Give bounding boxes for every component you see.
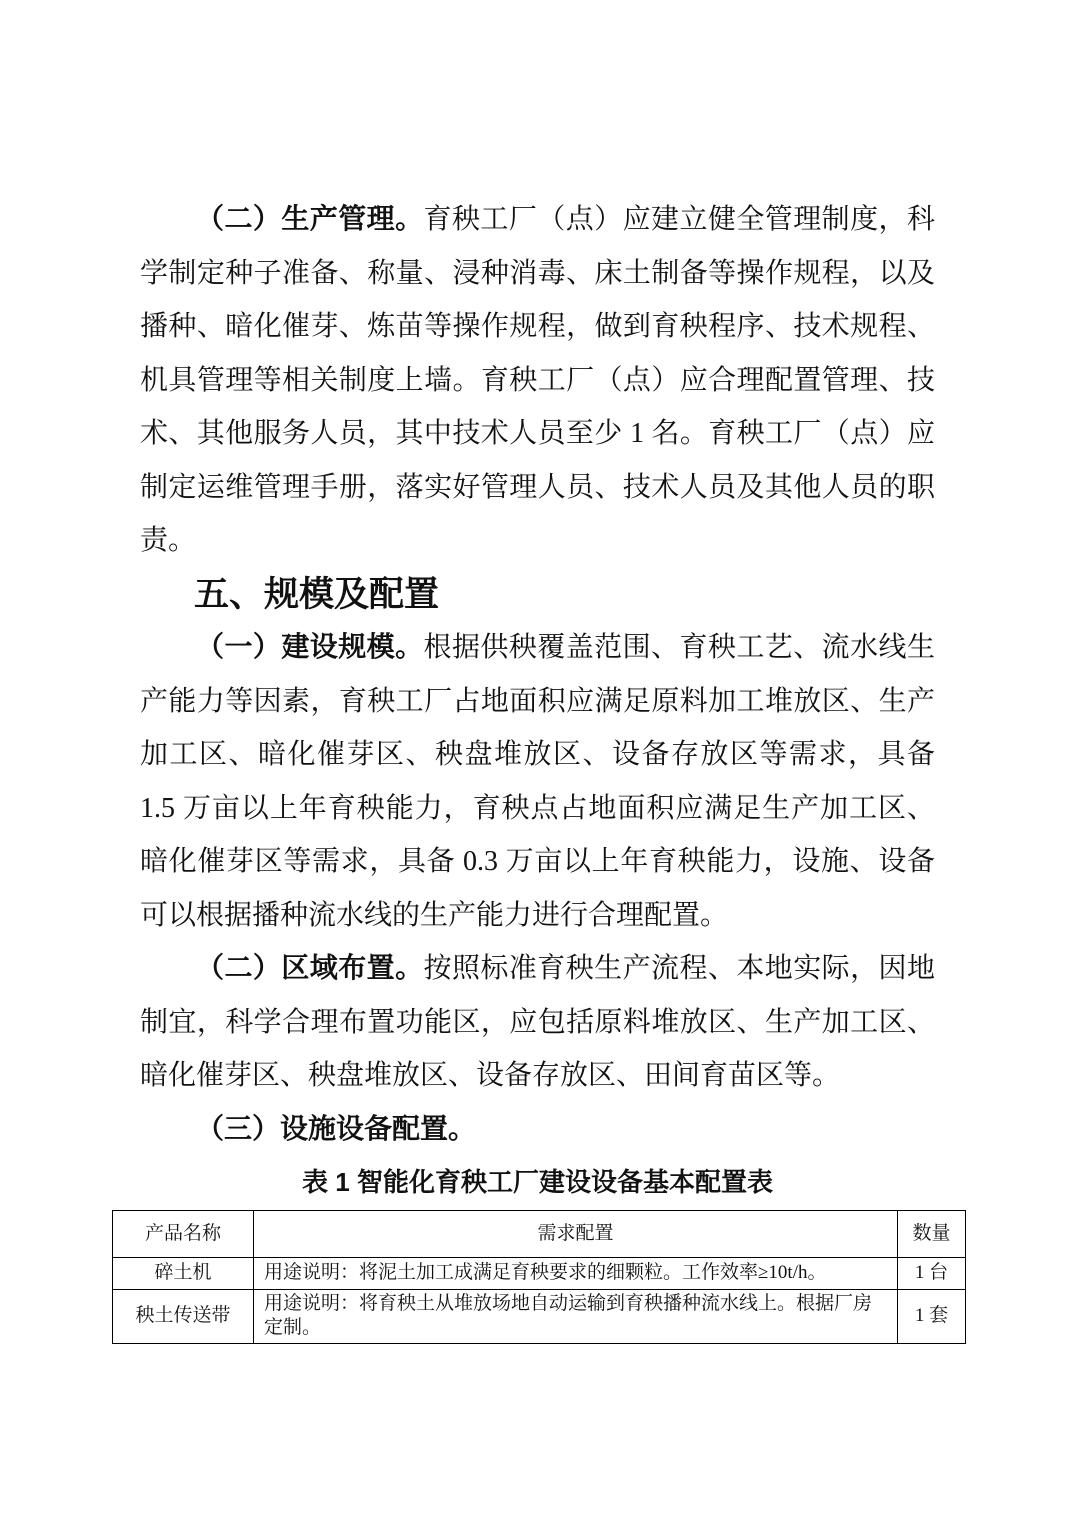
- paragraph-lead: （一）建设规模。: [196, 632, 424, 663]
- text-line: 产能力等因素，育秧工厂占地面积应满足原料加工堆放区、生产: [140, 675, 935, 729]
- paragraph-lead: （二）区域布置。: [196, 953, 424, 984]
- text-line: （三）设施设备配置。: [140, 1103, 935, 1157]
- text-line: 机具管理等相关制度上墙。育秧工厂（点）应合理配置管理、技: [140, 354, 935, 408]
- spec-cell: 用途说明：将育秧土从堆放场地自动运输到育秧播种流水线上。根据厂房定制。: [254, 1289, 898, 1343]
- table-row: 碎土机 用途说明：将泥土加工成满足育秧要求的细颗粒。工作效率≥10t/h。 1 …: [113, 1257, 966, 1289]
- text-line: 学制定种子准备、称量、浸种消毒、床土制备等操作规程，以及: [140, 247, 935, 301]
- product-name-cell: 碎土机: [113, 1257, 254, 1289]
- text-line: 制宜，科学合理布置功能区，应包括原料堆放区、生产加工区、: [140, 996, 935, 1050]
- document-page: （二）生产管理。育秧工厂（点）应建立健全管理制度，科 学制定种子准备、称量、浸种…: [0, 0, 1074, 1520]
- table-header-product-name: 产品名称: [113, 1210, 254, 1257]
- table-header-row: 产品名称 需求配置 数量: [113, 1210, 966, 1257]
- text-line: 术、其他服务人员，其中技术人员至少 1 名。育秧工厂（点）应: [140, 407, 935, 461]
- text-line: （二）生产管理。育秧工厂（点）应建立健全管理制度，科: [140, 193, 935, 247]
- text-line: （二）区域布置。按照标准育秧生产流程、本地实际，因地: [140, 942, 935, 996]
- text-line: 1.5 万亩以上年育秧能力，育秧点占地面积应满足生产加工区、: [140, 782, 935, 836]
- text-line: （一）建设规模。根据供秧覆盖范围、育秧工艺、流水线生: [140, 621, 935, 675]
- text-line: 播种、暗化催芽、炼苗等操作规程，做到育秧程序、技术规程、: [140, 300, 935, 354]
- text-line: 加工区、暗化催芽区、秧盘堆放区、设备存放区等需求，具备: [140, 728, 935, 782]
- text-line: 责。: [140, 514, 935, 568]
- product-name-cell: 秧土传送带: [113, 1289, 254, 1343]
- paragraph-lead: （二）生产管理。: [196, 204, 424, 235]
- paragraph-text: 按照标准育秧生产流程、本地实际，因地: [424, 953, 935, 984]
- paragraph-text: 根据供秧覆盖范围、育秧工艺、流水线生: [424, 632, 935, 663]
- section-heading: 五、规模及配置: [140, 568, 935, 622]
- table-title: 表 1 智能化育秧工厂建设设备基本配置表: [140, 1156, 935, 1210]
- text-line: 制定运维管理手册，落实好管理人员、技术人员及其他人员的职: [140, 461, 935, 515]
- qty-cell: 1 套: [898, 1289, 966, 1343]
- table-header-spec: 需求配置: [254, 1210, 898, 1257]
- paragraph-lead: （三）设施设备配置。: [196, 1114, 476, 1145]
- paragraph-text: 育秧工厂（点）应建立健全管理制度，科: [424, 204, 935, 235]
- text-line: 暗化催芽区、秧盘堆放区、设备存放区、田间育苗区等。: [140, 1049, 935, 1103]
- text-line: 可以根据播种流水线的生产能力进行合理配置。: [140, 889, 935, 943]
- text-line: 暗化催芽区等需求，具备 0.3 万亩以上年育秧能力，设施、设备: [140, 835, 935, 889]
- equipment-config-table: 产品名称 需求配置 数量 碎土机 用途说明：将泥土加工成满足育秧要求的细颗粒。工…: [112, 1210, 966, 1344]
- document-body: （二）生产管理。育秧工厂（点）应建立健全管理制度，科 学制定种子准备、称量、浸种…: [140, 193, 935, 1344]
- table-header-qty: 数量: [898, 1210, 966, 1257]
- spec-cell: 用途说明：将泥土加工成满足育秧要求的细颗粒。工作效率≥10t/h。: [254, 1257, 898, 1289]
- qty-cell: 1 台: [898, 1257, 966, 1289]
- table-row: 秧土传送带 用途说明：将育秧土从堆放场地自动运输到育秧播种流水线上。根据厂房定制…: [113, 1289, 966, 1343]
